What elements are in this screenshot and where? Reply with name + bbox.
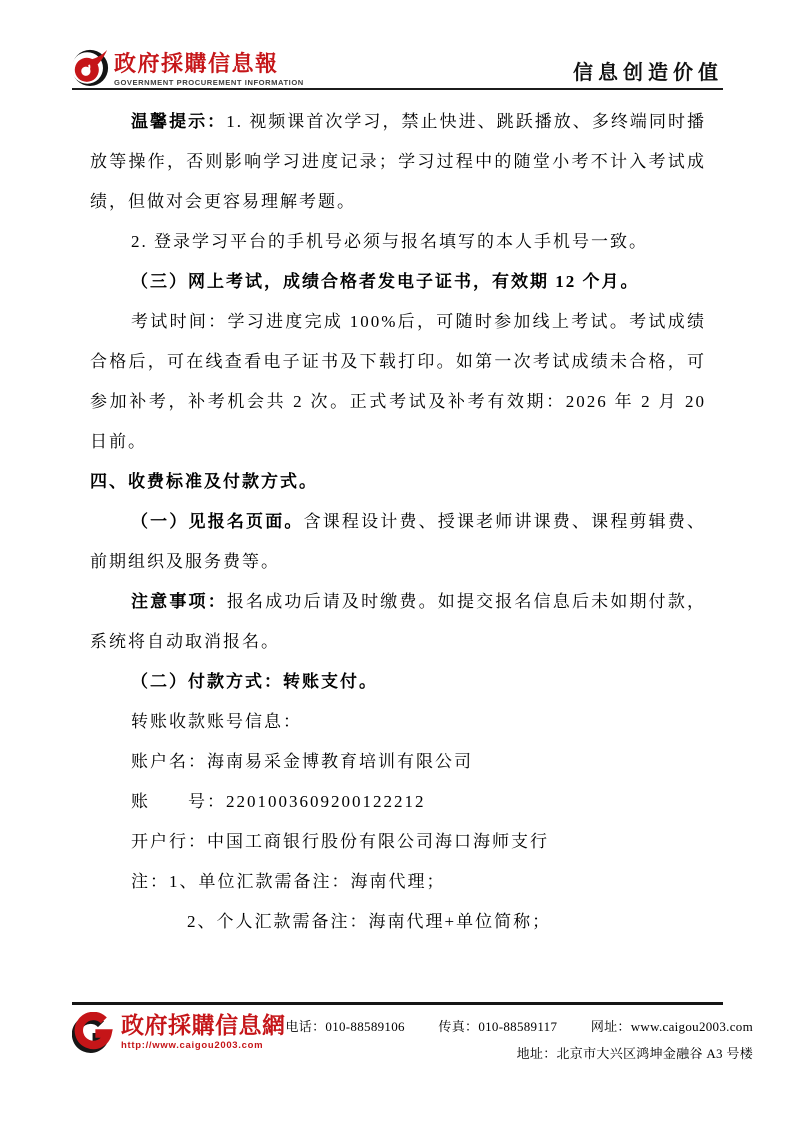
heading-payment-method: （二）付款方式：转账支付。 [90,662,706,702]
heading-online-exam: （三）网上考试，成绩合格者发电子证书，有效期 12 个月。 [90,262,706,302]
paragraph-fee-item: （一）见报名页面。含课程设计费、授课老师讲课费、课程剪辑费、前期组织及服务费等。 [90,502,706,582]
notice-label: 注意事项： [131,592,227,611]
address-value: 北京市大兴区鸿坤金融谷 A3 号楼 [557,1046,754,1061]
bank-account-name: 账户名：海南易采金博教育培训有限公司 [90,742,706,782]
bank-account-number: 账 号：2201003609200122212 [90,782,706,822]
remit-note-2: 2、个人汇款需备注：海南代理+单位简称； [90,902,706,942]
bank-branch: 开户行：中国工商银行股份有限公司海口海师支行 [90,822,706,862]
brand-text: 政府採購信息報 GOVERNMENT PROCUREMENT INFORMATI… [114,53,304,87]
paragraph-exam-detail: 考试时间：学习进度完成 100%后，可随时参加线上考试。考试成绩合格后，可在线查… [90,302,706,462]
paragraph-login-note: 2. 登录学习平台的手机号必须与报名填写的本人手机号一致。 [90,222,706,262]
document-page: 政府採購信息報 GOVERNMENT PROCUREMENT INFORMATI… [0,0,794,1123]
newspaper-logo-icon [72,49,109,86]
phone-group: 电话：010-88589106 [286,1019,405,1034]
header-slogan: 信息创造价值 [573,56,723,88]
heading-fees: 四、收费标准及付款方式。 [90,462,706,502]
phone-label: 电话： [286,1019,326,1034]
web-label: 网址： [591,1019,631,1034]
fee-item-label: （一）见报名页面。 [131,512,304,531]
website-url: http://www.caigou2003.com [121,1040,286,1051]
newspaper-subtitle: GOVERNMENT PROCUREMENT INFORMATION [114,78,304,87]
web-address: www.caigou2003.com [631,1019,753,1034]
footer-contact: 电话：010-88589106 传真：010-88589117 网址：www.c… [286,1012,754,1067]
website-brand: 政府採購信息網 http://www.caigou2003.com [72,1012,286,1055]
footer-contact-row-1: 电话：010-88589106 传真：010-88589117 网址：www.c… [286,1013,754,1040]
newspaper-title: 政府採購信息報 [114,53,304,75]
footer-contact-row-2: 地址：北京市大兴区鸿坤金融谷 A3 号楼 [286,1040,754,1067]
page-footer: 政府採購信息網 http://www.caigou2003.com 电话：010… [72,1002,723,1067]
fax-number: 010-88589117 [478,1019,557,1034]
paragraph-notice: 注意事项：报名成功后请及时缴费。如提交报名信息后未如期付款，系统将自动取消报名。 [90,582,706,662]
page-header: 政府採購信息報 GOVERNMENT PROCUREMENT INFORMATI… [72,44,723,90]
bank-info-intro: 转账收款账号信息： [90,702,706,742]
fax-label: 传真： [438,1019,478,1034]
document-body: 温馨提示：1. 视频课首次学习，禁止快进、跳跃播放、多终端同时播放等操作，否则影… [90,102,706,942]
website-title: 政府採購信息網 [121,1014,286,1038]
fax-group: 传真：010-88589117 [438,1019,557,1034]
remit-note-1: 注：1、单位汇款需备注：海南代理； [90,862,706,902]
website-logo-icon [72,1012,115,1055]
tips-label: 温馨提示： [131,112,226,131]
web-group: 网址：www.caigou2003.com [591,1019,753,1034]
address-label: 地址： [517,1046,557,1061]
website-brand-text: 政府採購信息網 http://www.caigou2003.com [121,1012,286,1051]
newspaper-brand: 政府採購信息報 GOVERNMENT PROCUREMENT INFORMATI… [72,49,304,88]
paragraph-tips: 温馨提示：1. 视频课首次学习，禁止快进、跳跃播放、多终端同时播放等操作，否则影… [90,102,706,222]
phone-number: 010-88589106 [325,1019,404,1034]
